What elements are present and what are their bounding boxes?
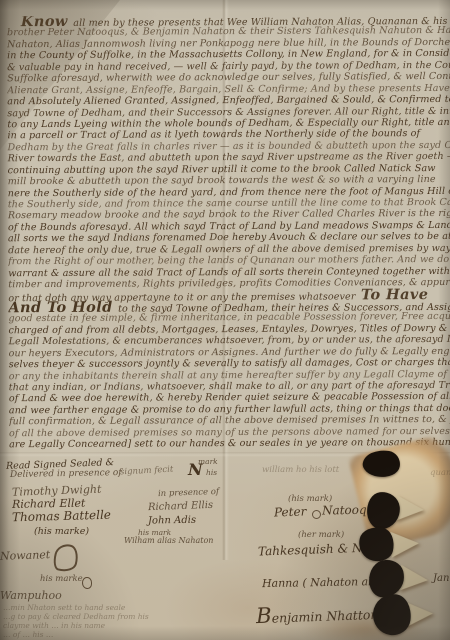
signum-line: signum fecit	[120, 465, 174, 478]
witness-name: Thomas Battelle	[12, 509, 111, 525]
signer-nowanet: Nowanet	[0, 548, 50, 563]
manuscript-line: good estate in fee simple, & firme inher…	[8, 311, 450, 325]
signer-benjamin: Benjamin Nhatton	[256, 600, 379, 629]
presence-line: in presence of	[158, 487, 219, 499]
witness-names-left: Timothy DwightRichard ElletThomas Battel…	[12, 484, 111, 523]
peter-mark-glyph	[312, 510, 321, 519]
nowanet-mark-glyph	[51, 542, 81, 575]
marginal-note-line: … of … his …	[3, 630, 149, 639]
manuscript-body-text: Know all men by these presents that Wee …	[7, 14, 450, 456]
n-mark-glyph: N	[188, 460, 203, 479]
manuscript-line: of all the above demised premises so man…	[9, 426, 450, 440]
signer-peter: Peter	[274, 504, 307, 519]
his-word: his	[206, 468, 217, 477]
attestation-line-2: Delivered in presence of	[10, 468, 122, 480]
faint-fragment: quan	[430, 468, 450, 478]
manuscript-line: our heyers Executors, Administrators or …	[9, 345, 450, 359]
manuscript-photo: Know all men by these presents that Wee …	[0, 0, 450, 640]
marginal-note-line: …min Nhaton sett to hand seale	[3, 603, 149, 612]
marginal-note-line: clayme with … in his name	[3, 621, 149, 630]
seal-tag	[390, 530, 419, 557]
signer-hanna-continued: Jann	[433, 573, 450, 584]
his-marke-note: (his marke)	[34, 526, 89, 537]
marginal-note: …min Nhaton sett to hand seale…g to pay …	[3, 603, 149, 639]
signer-wampuhoo: Wampuhoo	[0, 589, 62, 602]
manuscript-line: from the Right of our mother, being the …	[8, 254, 450, 268]
marginal-note-line: …g to pay & cleared Dedham from his	[3, 612, 149, 621]
faint-signature-line: william ho his lott	[262, 465, 339, 475]
manuscript-line: Rosemary meadow brooke and the sayd broo…	[8, 208, 450, 222]
manuscript-line: or that doth any way appertayne to it or…	[8, 288, 450, 302]
manuscript-line: Nahaton, Alias Jannomwosh living ner Pon…	[7, 37, 450, 51]
manuscript-line: mill brooke & abutteth upon the sayd bro…	[8, 174, 450, 188]
his-marke-label: his marke	[40, 574, 83, 584]
nahaton-note: Wilham alias Nahaton	[124, 536, 213, 545]
manuscript-line: Alienate Grant, Assigne, Enfeoffe, Barga…	[7, 82, 450, 96]
manuscript-line: that any indian, or Indians, whatsoever,…	[9, 380, 450, 394]
circle-mark-glyph	[82, 577, 92, 589]
witness-name: John Adis	[148, 513, 213, 528]
manuscript-line: River towards the East, and abutteth upo…	[8, 151, 450, 165]
witness-names-mid: Richard EllisJohn Adis	[148, 500, 213, 528]
manuscript-line: sayd Towne of Dedham, and their Successo…	[7, 105, 450, 119]
her-mark: (her mark)	[298, 530, 344, 540]
